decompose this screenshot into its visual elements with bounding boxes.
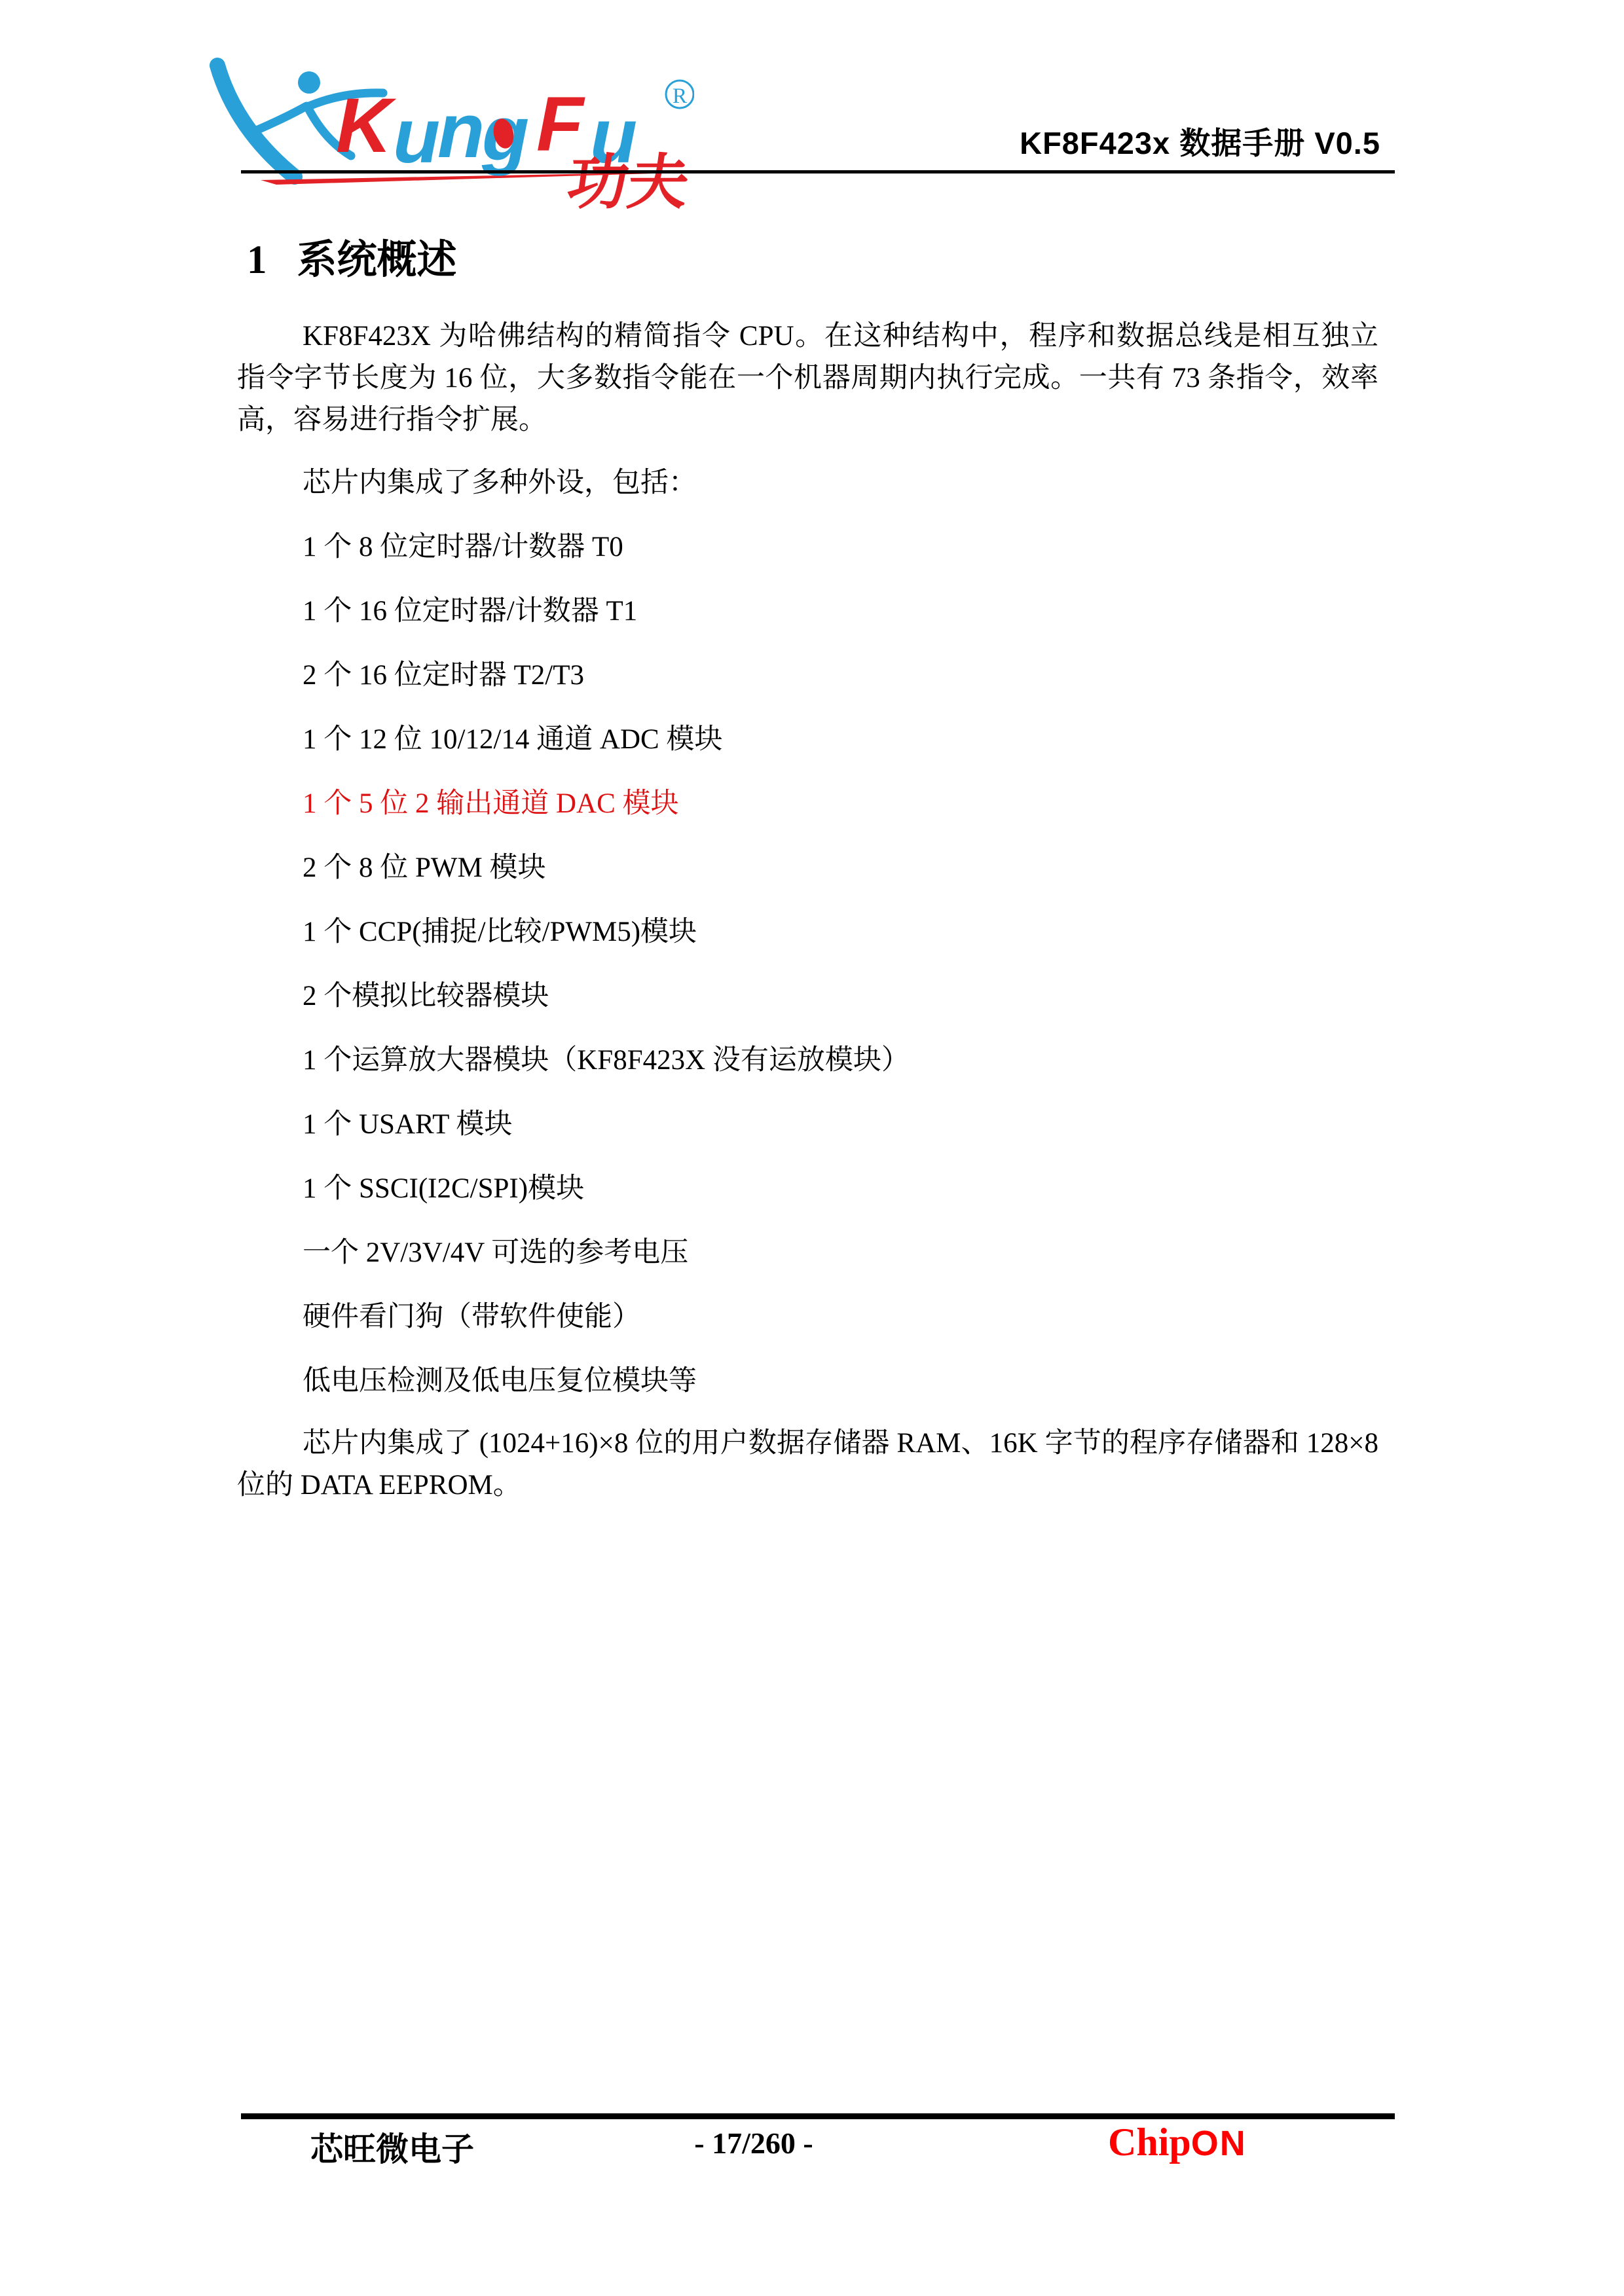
intro-paragraph: KF8F423X 为哈佛结构的精简指令 CPU。在这种结构中，程序和数据总线是相… xyxy=(237,316,1378,441)
registered-mark-icon: R xyxy=(666,81,693,108)
feature-item-watchdog: 硬件看门狗（带软件使能） xyxy=(303,1296,1416,1338)
chipon-logo-on: ON xyxy=(1191,2124,1247,2163)
feature-list: 芯片内集成了多种外设，包括： 1 个 8 位定时器/计数器 T0 1 个 16 … xyxy=(303,462,1416,1425)
intro-line: 指令字节长度为 16 位，大多数指令能在一个机器周期内执行完成。一共有 73 条… xyxy=(237,357,1378,399)
feature-item-dac: 1 个 5 位 2 输出通道 DAC 模块 xyxy=(303,783,1416,825)
feature-item-ccp: 1 个 CCP(捕捉/比较/PWM5)模块 xyxy=(303,911,1416,953)
feature-item-adc: 1 个 12 位 10/12/14 通道 ADC 模块 xyxy=(303,719,1416,761)
feature-item-timer-t1: 1 个 16 位定时器/计数器 T1 xyxy=(303,591,1416,632)
footer-rule xyxy=(241,2113,1395,2119)
header-rule xyxy=(241,170,1395,173)
feature-item-ssci: 1 个 SSCI(I2C/SPI)模块 xyxy=(303,1168,1416,1210)
document-title: KF8F423x 数据手册 V0.5 xyxy=(1020,119,1380,163)
feature-item-usart: 1 个 USART 模块 xyxy=(303,1104,1416,1146)
feature-item-vref: 一个 2V/3V/4V 可选的参考电压 xyxy=(303,1232,1416,1274)
section-number: 1 xyxy=(247,238,267,283)
feature-item-timer-t0: 1 个 8 位定时器/计数器 T0 xyxy=(303,526,1416,568)
feature-item-pwm: 2 个 8 位 PWM 模块 xyxy=(303,847,1416,889)
kungfu-logo: K u n g F u R 功夫 xyxy=(210,54,694,224)
chipon-logo: ChipON xyxy=(1108,2120,1247,2165)
chipon-logo-chip: Chip xyxy=(1108,2121,1191,2164)
intro-line: KF8F423X 为哈佛结构的精简指令 CPU。在这种结构中，程序和数据总线是相… xyxy=(237,316,1378,357)
feature-item-opamp: 1 个运算放大器模块（KF8F423X 没有运放模块） xyxy=(303,1040,1416,1082)
section-title: 系统概述 xyxy=(297,238,457,282)
memory-line: 位的 DATA EEPROM。 xyxy=(237,1465,1378,1506)
feature-list-intro: 芯片内集成了多种外设，包括： xyxy=(303,462,1416,504)
datasheet-page: K u n g F u R 功夫 KF8F423x 数据手册 V0.5 1系统概… xyxy=(0,0,1624,2296)
feature-item-lvd: 低电压检测及低电压复位模块等 xyxy=(303,1360,1416,1402)
memory-line: 芯片内集成了 (1024+16)×8 位的用户数据存储器 RAM、16K 字节的… xyxy=(237,1423,1378,1465)
section-heading: 1系统概述 xyxy=(247,228,457,285)
intro-line: 高，容易进行指令扩展。 xyxy=(237,399,1378,441)
logo-kungfu-hanzi: 功夫 xyxy=(563,148,693,215)
svg-text:R: R xyxy=(673,84,687,108)
feature-item-comparator: 2 个模拟比较器模块 xyxy=(303,975,1416,1017)
logo-figure-head xyxy=(298,71,320,94)
feature-item-timer-t2t3: 2 个 16 位定时器 T2/T3 xyxy=(303,655,1416,697)
memory-paragraph: 芯片内集成了 (1024+16)×8 位的用户数据存储器 RAM、16K 字节的… xyxy=(237,1423,1378,1506)
footer-page-number: - 17/260 - xyxy=(672,2126,836,2160)
footer-company-name: 芯旺微电子 xyxy=(310,2123,474,2170)
